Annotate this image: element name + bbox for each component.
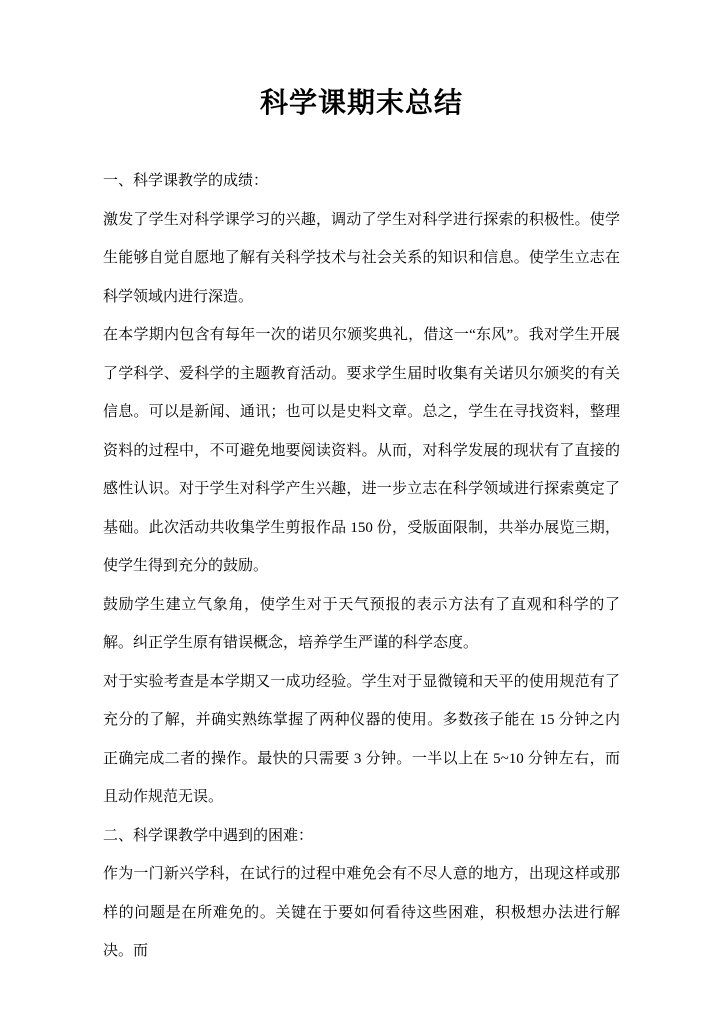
section-heading-achievements: 一、科学课教学的成绩： <box>103 162 620 201</box>
document-title: 科学课期末总结 <box>103 84 620 124</box>
section-heading-difficulties: 二、科学课教学中遇到的困难： <box>103 817 620 856</box>
paragraph-new-subject-difficulties: 作为一门新兴学科，在试行的过程中难免会有不尽人意的地方，出现这样或那样的问题是在… <box>103 855 620 971</box>
paragraph-nobel-activity: 在本学期内包含有每年一次的诺贝尔颁奖典礼，借这一“东风”。我对学生开展了学科学、… <box>103 316 620 586</box>
paragraph-experiment-assessment: 对于实验考查是本学期又一成功经验。学生对于显微镜和天平的使用规范有了充分的了解，… <box>103 663 620 817</box>
paragraph-interest-motivation: 激发了学生对科学课学习的兴趣，调动了学生对科学进行探索的积极性。使学生能够自觉自… <box>103 201 620 317</box>
paragraph-weather-corner: 鼓励学生建立气象角，使学生对于天气预报的表示方法有了直观和科学的了解。纠正学生原… <box>103 586 620 663</box>
document-content: 科学课期末总结 一、科学课教学的成绩： 激发了学生对科学课学习的兴趣，调动了学生… <box>0 0 721 971</box>
document-body: 一、科学课教学的成绩： 激发了学生对科学课学习的兴趣，调动了学生对科学进行探索的… <box>103 162 620 971</box>
document-page: 科学课期末总结 一、科学课教学的成绩： 激发了学生对科学课学习的兴趣，调动了学生… <box>0 0 721 1020</box>
